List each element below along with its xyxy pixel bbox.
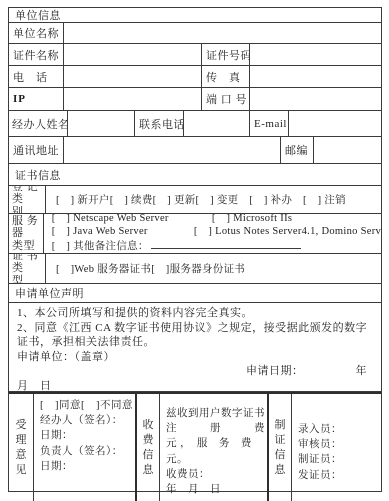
ip-input[interactable] [63,88,201,110]
unit-name-input[interactable] [63,23,381,43]
phone-input[interactable] [63,66,201,87]
agent-name-label: 经办人姓名 [9,111,67,136]
cert-type-label: 证 书 类 型 [9,254,45,283]
cert-info-section-header: 证书信息 [9,164,381,185]
declaration-section-header: 申请单位声明 [9,284,381,302]
port-label: 端 口 号 [201,88,249,110]
fax-input[interactable] [249,66,381,87]
phone-label: 电 话 [9,66,63,87]
cert-name-label: 证件名称 [9,44,63,65]
fee-receipt-line-4: 元。 [166,452,188,467]
contact-phone-label: 联系电话 [134,111,183,136]
accept-agent-date-line: 日期： [40,428,73,443]
cert-no-label: 证件号码 [201,44,249,65]
accept-options[interactable]: [ ]同意[ ]不同意 [40,398,133,413]
fee-collector-line: 收费员： [166,467,210,482]
server-option-other: [ ] 其他备注信息： [52,239,301,253]
cert-name-input[interactable] [63,44,201,65]
apply-date-line: 申请日期： 年 [17,364,373,379]
address-input[interactable] [63,137,280,163]
accept-manager-sign-line: 负责人（签名）： [40,444,123,459]
cert-making-info-label: 制 证 信 息 [267,394,291,501]
apply-date-line-wrap: 月 日 [17,379,373,391]
declaration-line-2: 2、同意《江西 CA 数字证书使用协议》之规定，接受据此颁发的数字证书，承担相关… [17,321,373,350]
server-other-label[interactable]: [ ] 其他备注信息： [52,241,149,252]
applicant-seal-line: 申请单位：（盖章） [17,350,373,365]
cert-issuer-line: 发证员： [298,468,342,483]
reg-type-label: 登 记 类 别 [9,186,45,213]
server-option-java-lotus[interactable]: [ ] Java Web Server [ ] Lotus Notes Serv… [52,226,381,239]
email-input[interactable] [288,111,381,136]
entry-clerk-line: 录入员： [298,422,342,437]
email-label: E-mail [249,111,288,136]
reg-type-options[interactable]: [ ] 新开户[ ] 续费[ ] 更新[ ] 变更 [ ] 补办 [ ] 注销 [45,186,381,213]
server-type-label: 服 务 器 类型 [9,214,43,253]
zip-label: 邮编 [280,137,313,163]
ip-label: IP [9,88,63,110]
zip-input[interactable] [313,137,381,163]
fee-receipt-line-2: 注 册 费 [166,421,265,436]
accept-agent-sign-line: 经办人（签名）： [40,413,123,428]
address-label: 通讯地址 [9,137,63,163]
reviewer-line: 审核员： [298,437,342,452]
cert-type-options[interactable]: [ ]Web 服务器证书[ ]服务器身份证书 [45,254,381,283]
agent-name-input[interactable] [67,111,134,136]
server-option-netscape-microsoft[interactable]: [ ] Netscape Web Server [ ] Microsoft II… [52,214,292,226]
cert-no-input[interactable] [249,44,381,65]
declaration-line-1: 1、本公司所填写和提供的资料内容完全真实。 [17,306,373,321]
fee-date-line: 年 月 日 [166,482,221,497]
contact-phone-input[interactable] [183,111,249,136]
certificate-application-form: 单位信息 单位名称 证件名称 证件号码 电 话 传 真 IP 端 口 号 经办人… [8,7,382,492]
fee-receipt-line-1: 兹收到用户数字证书 [166,406,265,421]
port-input[interactable] [249,88,381,110]
fax-label: 传 真 [201,66,249,87]
fee-info-label: 收 费 信 息 [135,394,159,501]
unit-info-section-header: 单位信息 [9,8,381,22]
cert-maker-line: 制证员： [298,452,342,467]
server-other-blank-line[interactable] [151,239,301,249]
accept-manager-date-line: 日期： [40,459,73,474]
fee-receipt-line-3: 元 ， 服 务 费 [166,436,252,451]
acceptance-opinion-label: 受 理 意 见 [9,394,33,501]
unit-name-label: 单位名称 [9,23,63,43]
